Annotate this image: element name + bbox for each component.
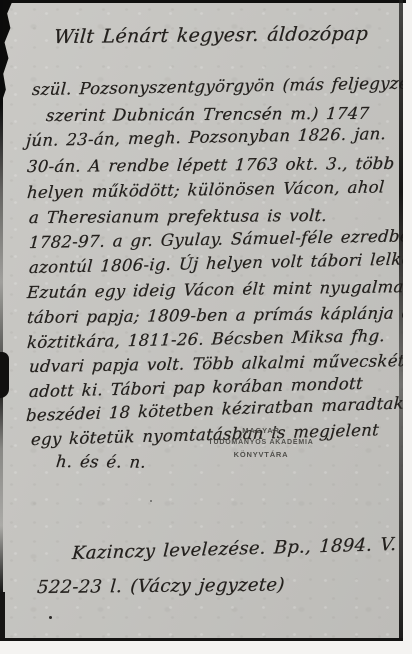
stamp-line: MAGYAR xyxy=(203,425,319,437)
handwritten-line: a Theresianum prefektusa is volt. xyxy=(28,206,328,227)
handwritten-line: 30-án. A rendbe lépett 1763 okt. 3., töb… xyxy=(26,154,395,176)
note-title: Wilt Lénárt kegyesr. áldozópap xyxy=(53,23,369,48)
scan-edge-bottom xyxy=(0,638,403,641)
handwritten-line-closing: h. és é. n. xyxy=(55,452,147,472)
handwritten-line: 1782-97. a gr. Gyulay. Sámuel-féle ezred… xyxy=(28,226,403,252)
scan-edge-left xyxy=(0,0,3,641)
stamp-line: KÖNYVTÁRA xyxy=(203,449,319,461)
handwritten-line: azontúl 1806-ig. Új helyen volt tábori l… xyxy=(28,249,403,277)
scan-edge-blot xyxy=(0,592,5,641)
handwritten-line: tábori papja; 1809-ben a prímás káplánja… xyxy=(26,303,403,327)
ink-dot xyxy=(150,500,152,502)
scan-edge-blot xyxy=(0,352,9,398)
paper: Wilt Lénárt kegyesr. áldozópap szül. Poz… xyxy=(0,0,403,641)
handwritten-line: udvari papja volt. Több alkalmi művecské… xyxy=(28,351,403,376)
stamp-line: TUDOMÁNYOS AKADÉMIA xyxy=(203,437,319,449)
handwritten-line: helyen működött; különösen Vácon, ahol xyxy=(26,177,385,202)
ink-dot xyxy=(49,616,52,619)
library-stamp: MAGYAR TUDOMÁNYOS AKADÉMIA KÖNYVTÁRA xyxy=(203,425,319,461)
citation-line: 522-23 l. (Váczy jegyzete) xyxy=(36,574,285,598)
citation-line: Kazinczy levelezése. Bp., 1894. V. xyxy=(71,534,397,564)
scanned-note-card: Wilt Lénárt kegyesr. áldozópap szül. Poz… xyxy=(0,0,412,654)
scan-edge-right xyxy=(399,0,403,641)
scan-edge-top xyxy=(0,0,406,3)
handwritten-line: Ezután egy ideig Vácon élt mint nyugalma… xyxy=(26,277,403,302)
handwritten-line: szül. Pozsonyszentgyörgyön (más feljegyz… xyxy=(31,73,403,99)
handwritten-line: szerint Dubnicán Trencsén m.) 1747 xyxy=(45,104,370,125)
handwritten-line: jún. 23-án, megh. Pozsonyban 1826. jan. xyxy=(25,124,386,150)
handwritten-line: köztitkára, 1811-26. Bécsben Miksa fhg. xyxy=(26,326,385,352)
